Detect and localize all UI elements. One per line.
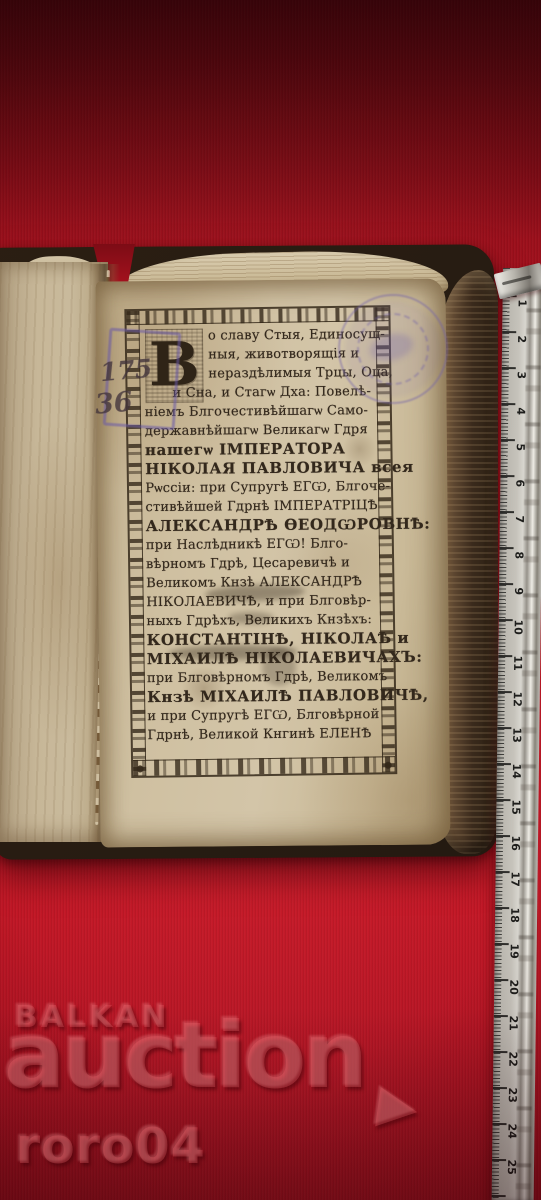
text-line: Рѡссіи: при Супругѣ ЕГѠ, Блгоче- <box>145 477 377 498</box>
tape-number: 14 <box>509 763 523 779</box>
tape-number: 17 <box>507 871 521 887</box>
tape-number: 25 <box>504 1159 518 1175</box>
tape-number: 7 <box>512 511 526 527</box>
page-text-block: о славу Стыя, Единосущ- ныя, животворящі… <box>144 325 380 745</box>
text-line: вѣрномъ Гдрѣ, Цесаревичѣ и <box>146 553 378 574</box>
tape-hook-slot <box>502 275 532 285</box>
handwritten-number: 175 <box>99 354 154 387</box>
tape-number: 9 <box>511 583 525 599</box>
frame-bottom-ornament <box>133 756 395 776</box>
handwritten-number: 36 <box>94 386 134 420</box>
text-line: нашегѡ ІМПЕРАТОРА <box>145 439 377 460</box>
text-line: Кнзѣ МІХАИЛѢ ПАВЛОВИЧѢ, <box>147 686 379 707</box>
tape-number: 24 <box>504 1123 518 1139</box>
tape-number: 5 <box>513 439 527 455</box>
tape-number: 13 <box>509 727 523 743</box>
text-line: ніемъ Блгочестивѣйшагѡ Само- <box>145 401 377 422</box>
text-line: и при Супругѣ ЕГѠ, Блговѣрной <box>147 705 379 726</box>
text-line: НІКОЛАЯ ПАВЛОВИЧА всея <box>145 458 377 479</box>
text-line: Гдрнѣ, Великой Кнгинѣ ЕЛЕНѢ <box>147 724 379 745</box>
tape-number: 10 <box>511 619 525 635</box>
tape-number: 23 <box>505 1087 519 1103</box>
tape-number: 6 <box>512 475 526 491</box>
tape-number: 4 <box>513 403 527 419</box>
tape-number: 1 <box>514 295 528 311</box>
photo-stage: В о славу Стыя, Единосущ- ныя, животворя… <box>0 0 541 1200</box>
tape-number: 11 <box>510 655 524 671</box>
tape-number: 21 <box>506 1015 520 1031</box>
tape-number: 12 <box>510 691 524 707</box>
text-line: державнѣйшагѡ Великагѡ Гдря <box>145 420 377 441</box>
text-line: и Сна, и Стагѡ Дха: Повелѣ- <box>144 382 376 403</box>
tape-number: 20 <box>506 979 520 995</box>
tape-number: 16 <box>508 835 522 851</box>
tape-number: 19 <box>507 943 521 959</box>
tape-number: 18 <box>507 907 521 923</box>
tape-number: 15 <box>508 799 522 815</box>
text-line: АЛЕКСАНДРѢ ѲЕОДѠРОВНѢ: <box>146 515 378 536</box>
ink-smudge <box>228 612 274 624</box>
ink-smudge <box>262 648 296 686</box>
tape-number: 22 <box>505 1051 519 1067</box>
tape-number: 3 <box>514 367 528 383</box>
text-line: стивѣйшей Гдрнѣ ІМПЕРАТРІЦѢ <box>145 496 377 517</box>
tape-number: 8 <box>511 547 525 563</box>
tape-number: 2 <box>514 331 528 347</box>
text-line: при Наслѣдникѣ ЕГѠ! Блго- <box>146 534 378 555</box>
